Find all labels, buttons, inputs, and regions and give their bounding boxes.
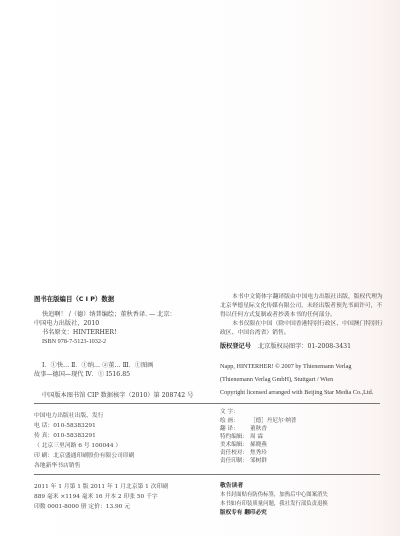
credit-proofreader: 责任校对：焦秀玲 [220,450,267,457]
rights-line-5: 政区、中国台湾省）销售。 [220,329,290,337]
cip-line-1: 快追啊！ /（德）纳普编绘；董秋香译. — 北京： [42,311,176,319]
registration-label: 版权登记号 [220,343,251,351]
divider-bottom [34,474,380,475]
credit-translator: 翻 译：董秋香 [220,426,267,433]
cip-record-number: 中国版本图书馆 CIP 数据核字（2010）第 208742 号 [42,392,193,400]
rights-line-3: 得以任何方式复制或者抄袭本书的任何部分。 [220,311,336,319]
notice-line-2: 本书如有印装质量问题，我社发行部负责退换 [220,500,328,508]
registration-value: 北京版权局图字：01-2008-3431 [258,343,351,351]
cip-line-3: 书名原文：HINTERHER! [42,329,117,337]
publisher-address: （ 北京三里河路 6 号 100044 ） [34,442,121,450]
rights-line-1: 本书中文简体字翻译版由中国电力出版社出版，版权代理为 [232,293,383,301]
distribution-line: 各地新华书店销售 [34,462,80,470]
rights-line-2: 北京华德星际文化传媒有限公司，未经出版者预先书面许可，不 [220,302,382,310]
publisher-phone: 电 话：010-58383291 [34,422,96,430]
notice-line-1: 本书封面贴有防伪标签，加热后中心图案消失 [220,491,328,499]
divider-top [34,403,380,404]
copyright-page: 图书在版编目（C I P）数据 快追啊！ /（德）纳普编绘；董秋香译. — 北京… [0,0,400,536]
credit-art-editor: 美术编辑：郝晓燕 [220,442,267,449]
credit-special-editor: 特约编辑：周 霖 [220,434,263,441]
copyright-line-1: Napp, HINTERHER! © 2007 by Thienemann Ve… [220,363,351,371]
classification-line-1: Ⅰ．①快… Ⅱ．①纳… ②董… Ⅲ．①图画 [42,362,153,370]
edition-line-2: 889 毫米 ×1194 毫米 16 开本 2 印张 50 千字 [34,493,158,501]
publisher-line-1: 中国电力出版社出版、发行 [34,412,104,420]
credit-print-supervisor: 责任印制：邹树群 [220,458,267,465]
credit-text: 文 字： [220,409,250,416]
classification-line-2: 故事—德国—现代 Ⅳ．① I516.85 [34,371,130,379]
cip-title: 图书在版编目（C I P）数据 [34,295,114,303]
credit-illustration: 绘 画：［德］丹尼尔·纳普 [220,418,297,425]
copyright-line-2: (Thienemann Verlag GmbH), Stuttgart / Wi… [220,376,333,384]
rights-reserved: 版权专有 翻印必究 [220,509,267,517]
isbn: ISBN 978-7-5123-1032-2 [42,338,106,346]
cip-line-2: 中国电力出版社，2010 [34,320,99,328]
printer-line: 印 刷：北京盛通印刷股份有限公司印刷 [34,452,134,460]
copyright-line-3: Copyright licensed arranged with Beijing… [220,389,373,397]
publisher-fax: 传 真：010-58383291 [34,432,96,440]
rights-line-4: 本书仅限在中国（除中国香港特别行政区、中国澳门特别行 [232,320,383,328]
edition-line-3: 印数 0001-8000 册 定价：13.90 元 [34,503,130,511]
notice-title: 敬告读者 [220,482,243,490]
edition-line-1: 2011 年 1 月第 1 版 2011 年 1 月北京第 1 次印刷 [34,483,168,491]
